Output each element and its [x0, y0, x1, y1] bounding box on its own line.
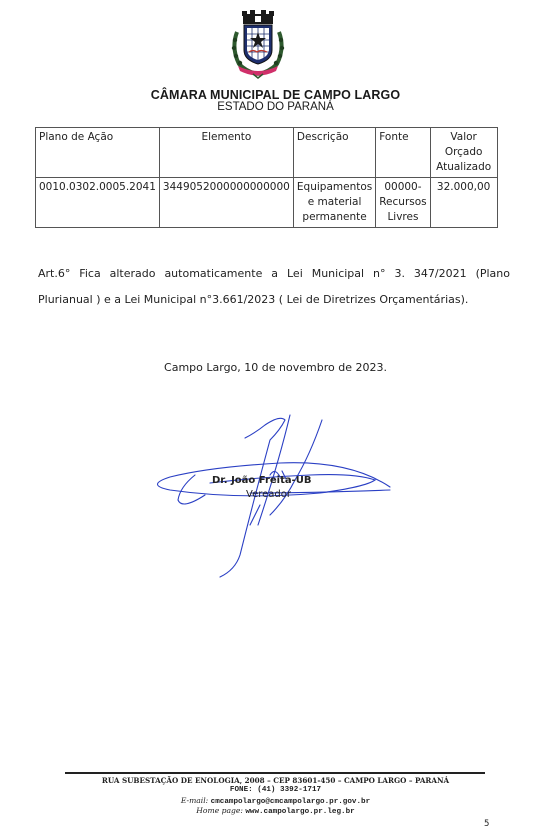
page-number: 5 [484, 819, 489, 829]
table-row: 0010.0302.0005.2041 3449052000000000000 … [36, 178, 498, 228]
column-header-fonte: Fonte [376, 128, 430, 178]
footer-phone: FONE: (41) 3392-1717 [0, 786, 551, 794]
column-header-descricao: Descrição [293, 128, 375, 178]
organization-name: CÂMARA MUNICIPAL DE CAMPO LARGO [0, 88, 551, 102]
article-paragraph: Art.6° Fica alterado automaticamente a L… [38, 261, 510, 313]
organization-state: ESTADO DO PARANÁ [0, 101, 551, 113]
footer-homepage-link[interactable]: www.campolargo.pr.leg.br [245, 808, 354, 816]
footer-email-label: E-mail: [181, 796, 208, 805]
footer-email: E-mail: cmcampolargo@cmcampolargo.pr.gov… [0, 796, 551, 806]
footer-homepage: Home page: www.campolargo.pr.leg.br [0, 806, 551, 816]
budget-table: Plano de Ação Elemento Descrição Fonte V… [35, 127, 498, 228]
coat-of-arms-icon [229, 10, 287, 80]
cell-descricao: Equipamentos e material permanente [293, 178, 375, 228]
signer-name: Dr. João Freita-UB [212, 475, 312, 486]
column-header-plano-de-acao: Plano de Ação [36, 128, 160, 178]
column-header-elemento: Elemento [159, 128, 293, 178]
footer-homepage-label: Home page: [196, 806, 243, 815]
place-and-date: Campo Largo, 10 de novembro de 2023. [0, 361, 551, 374]
cell-valor: 32.000,00 [430, 178, 497, 228]
footer-address: RUA SUBESTAÇÃO DE ENOLOGIA, 2008 – CEP 8… [0, 776, 551, 785]
signer-role: Vereador [246, 489, 291, 500]
footer-divider [65, 772, 485, 774]
cell-fonte: 00000- Recursos Livres [376, 178, 430, 228]
column-header-valor: Valor Orçado Atualizado [430, 128, 497, 178]
table-header-row: Plano de Ação Elemento Descrição Fonte V… [36, 128, 498, 178]
cell-plano-de-acao: 0010.0302.0005.2041 [36, 178, 160, 228]
footer-email-link[interactable]: cmcampolargo@cmcampolargo.pr.gov.br [211, 798, 371, 806]
cell-elemento: 3449052000000000000 [159, 178, 293, 228]
